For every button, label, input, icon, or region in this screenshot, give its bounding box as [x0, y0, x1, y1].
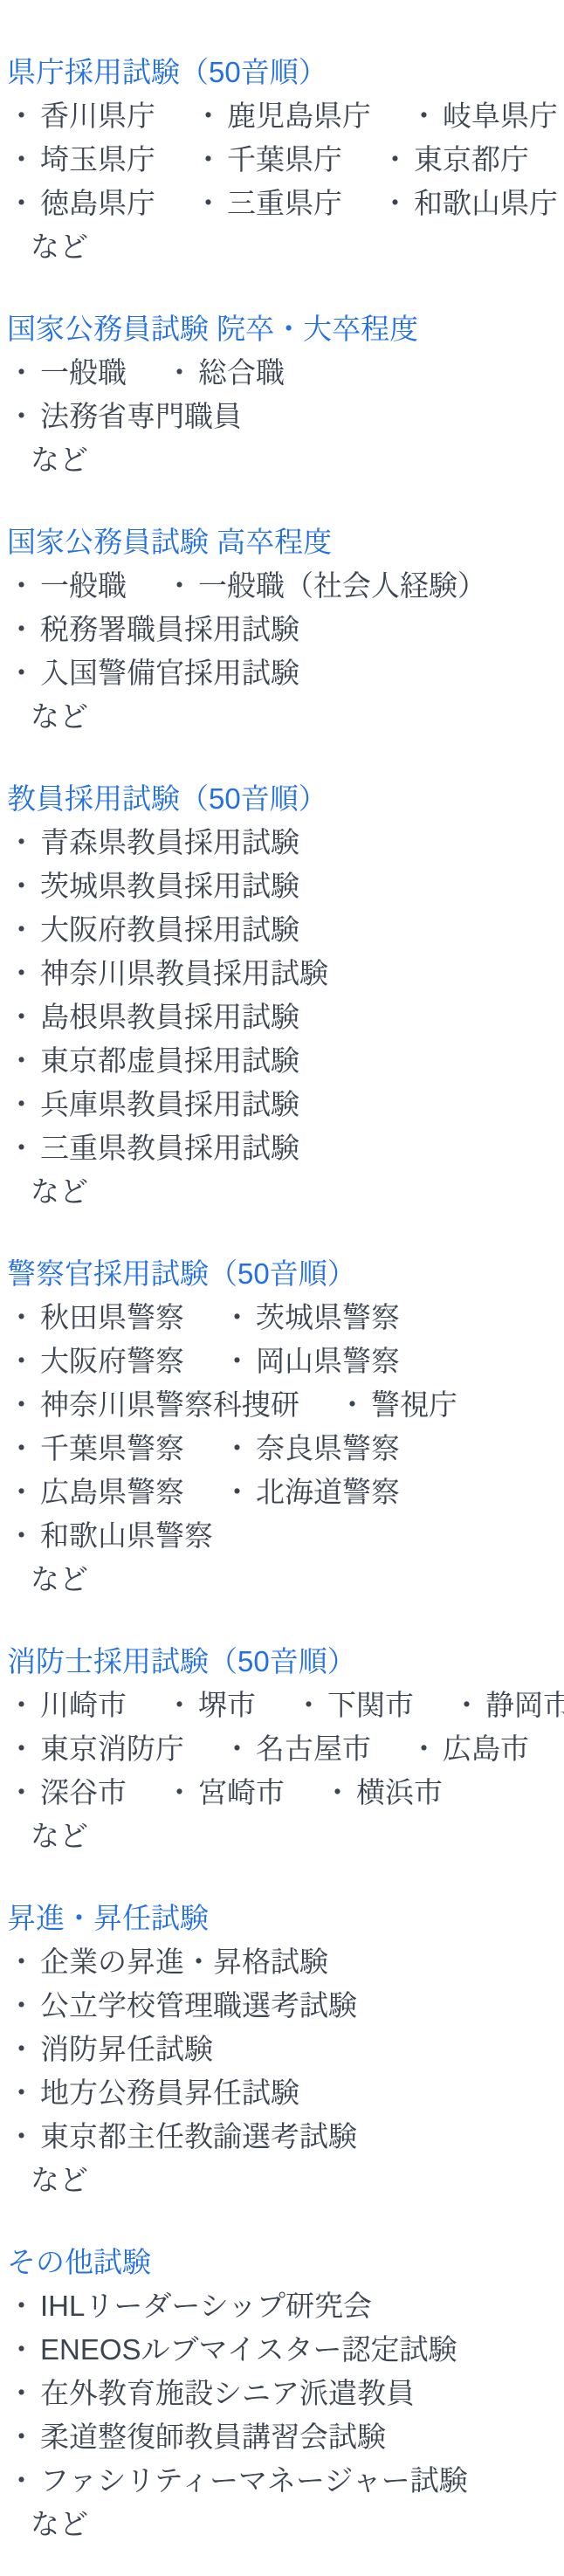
- list-item-label: 茨城県教員採用試験: [40, 864, 299, 908]
- bullet-icon: ・: [7, 864, 36, 908]
- list-item: ・東京都主任教諭選考試験: [7, 2115, 357, 2159]
- bullet-icon: ・: [7, 2115, 36, 2159]
- bullet-icon: ・: [7, 564, 36, 608]
- list-item-label: 埼玉県庁: [40, 138, 155, 182]
- list-item-label: 一般職: [40, 564, 127, 608]
- list-row: ・東京消防庁 ・名古屋市 ・広島市: [7, 1727, 557, 1771]
- list-row: ・徳島県庁 ・三重県庁 ・和歌山県庁: [7, 182, 557, 225]
- list-row: ・一般職 ・一般職（社会人経験）: [7, 564, 557, 608]
- list-item-label: 三重県教員採用試験: [40, 1126, 299, 1170]
- list-item-label: ENEOSルブマイスター認定試験: [40, 2328, 457, 2372]
- list-item: ・神奈川県教員採用試験: [7, 952, 328, 995]
- list-item: ・和歌山県警察: [7, 1514, 213, 1558]
- section-title: 県庁採用試験（50音順）: [7, 51, 557, 94]
- bullet-icon: ・: [7, 1771, 36, 1815]
- list-row: ・一般職 ・総合職: [7, 351, 557, 395]
- bullet-icon: ・: [409, 94, 438, 138]
- list-item: ・千葉県警察: [7, 1427, 184, 1471]
- bullet-icon: ・: [7, 1427, 36, 1471]
- list-item: ・入国警備官採用試験: [7, 651, 299, 695]
- bullet-icon: ・: [7, 608, 36, 651]
- list-item: ・柔道整復師教員講習会試験: [7, 2415, 386, 2459]
- list-item-label: 広島市: [443, 1727, 529, 1771]
- list-row: ・川崎市 ・堺市 ・下関市 ・静岡市: [7, 1684, 557, 1727]
- etc-label: など: [31, 225, 557, 269]
- etc-label: など: [31, 1558, 557, 1601]
- bullet-icon: ・: [7, 1514, 36, 1558]
- list-item: ・川崎市: [7, 1684, 127, 1727]
- list-item: ・秋田県警察: [7, 1296, 184, 1340]
- list-row: ・千葉県警察 ・奈良県警察: [7, 1427, 557, 1471]
- bullet-icon: ・: [223, 1427, 251, 1471]
- section-title: 昇進・昇任試験: [7, 1897, 557, 1940]
- bullet-icon: ・: [7, 395, 36, 438]
- list-item: ・徳島県庁: [7, 182, 155, 225]
- list-item: ・大阪府教員採用試験: [7, 908, 299, 952]
- list-row: ・茨城県教員採用試験: [7, 864, 557, 908]
- list-row: ・大阪府警察 ・岡山県警察: [7, 1340, 557, 1383]
- list-item: ・消防昇任試験: [7, 2028, 213, 2071]
- list-row: ・柔道整復師教員講習会試験: [7, 2415, 557, 2459]
- list-item-label: 柔道整復師教員講習会試験: [40, 2415, 386, 2459]
- list-item-label: 入国警備官採用試験: [40, 651, 299, 695]
- list-row: ・IHLリーダーシップ研究会: [7, 2284, 557, 2328]
- list-item-label: 地方公務員昇任試験: [40, 2071, 299, 2115]
- list-item: ・岡山県警察: [223, 1340, 400, 1383]
- bullet-icon: ・: [7, 2372, 36, 2415]
- bullet-icon: ・: [165, 1771, 194, 1815]
- list-item: ・青森県教員採用試験: [7, 821, 299, 864]
- bullet-icon: ・: [7, 1039, 36, 1083]
- list-row: ・和歌山県警察: [7, 1514, 557, 1558]
- list-row: ・香川県庁 ・鹿児島県庁 ・岐阜県庁: [7, 94, 557, 138]
- list-row: ・ENEOSルブマイスター認定試験: [7, 2328, 557, 2372]
- section-other-exams: その他試験 ・IHLリーダーシップ研究会 ・ENEOSルブマイスター認定試験 ・…: [7, 2241, 557, 2546]
- list-item-label: 兵庫県教員採用試験: [40, 1083, 299, 1126]
- list-item-label: 深谷市: [40, 1771, 127, 1815]
- list-item-label: 東京都庁: [414, 138, 529, 182]
- bullet-icon: ・: [194, 94, 223, 138]
- list-item-label: 神奈川県教員採用試験: [40, 952, 328, 995]
- list-item: ・一般職（社会人経験）: [165, 564, 486, 608]
- bullet-icon: ・: [165, 1684, 194, 1727]
- list-item-label: 東京消防庁: [40, 1727, 184, 1771]
- list-row: ・埼玉県庁 ・千葉県庁 ・東京都庁: [7, 138, 557, 182]
- section-title: 教員採用試験（50音順）: [7, 777, 557, 821]
- list-item: ・総合職: [165, 351, 285, 395]
- list-item: ・広島県警察: [7, 1471, 184, 1514]
- exam-list-page: 県庁採用試験（50音順） ・香川県庁 ・鹿児島県庁 ・岐阜県庁 ・埼玉県庁 ・千…: [7, 51, 557, 2546]
- bullet-icon: ・: [194, 138, 223, 182]
- list-item-label: 島根県教員採用試験: [40, 995, 299, 1039]
- bullet-icon: ・: [381, 138, 409, 182]
- list-item-label: 企業の昇進・昇格試験: [40, 1940, 328, 1984]
- list-row: ・島根県教員採用試験: [7, 995, 557, 1039]
- list-item-label: IHLリーダーシップ研究会: [40, 2284, 372, 2328]
- list-item: ・下関市: [294, 1684, 414, 1727]
- list-item-label: 東京都主任教諭選考試験: [40, 2115, 357, 2159]
- list-item: ・奈良県警察: [223, 1427, 400, 1471]
- bullet-icon: ・: [7, 182, 36, 225]
- list-item: ・埼玉県庁: [7, 138, 155, 182]
- section-national-exams-highschool: 国家公務員試験 高卒程度 ・一般職 ・一般職（社会人経験） ・税務署職員採用試験…: [7, 520, 557, 739]
- bullet-icon: ・: [7, 1340, 36, 1383]
- bullet-icon: ・: [7, 995, 36, 1039]
- list-item: ・地方公務員昇任試験: [7, 2071, 299, 2115]
- bullet-icon: ・: [223, 1296, 251, 1340]
- list-item: ・茨城県警察: [223, 1296, 400, 1340]
- list-item-label: 千葉県警察: [40, 1427, 184, 1471]
- list-item-label: 香川県庁: [40, 94, 155, 138]
- list-row: ・広島県警察 ・北海道警察: [7, 1471, 557, 1514]
- list-row: ・法務省専門職員: [7, 395, 557, 438]
- list-item-label: 岡山県警察: [256, 1340, 400, 1383]
- list-item: ・東京消防庁: [7, 1727, 184, 1771]
- list-item: ・東京都虚員採用試験: [7, 1039, 299, 1083]
- section-title: 消防士採用試験（50音順）: [7, 1640, 557, 1684]
- list-item-label: 堺市: [198, 1684, 256, 1727]
- list-row: ・大阪府教員採用試験: [7, 908, 557, 952]
- list-item: ・堺市: [165, 1684, 256, 1727]
- bullet-icon: ・: [7, 351, 36, 395]
- list-item-label: 一般職（社会人経験）: [198, 564, 486, 608]
- etc-label: など: [31, 1815, 557, 1858]
- bullet-icon: ・: [7, 1296, 36, 1340]
- etc-label: など: [31, 2503, 557, 2546]
- bullet-icon: ・: [7, 138, 36, 182]
- list-row: ・青森県教員採用試験: [7, 821, 557, 864]
- list-row: ・企業の昇進・昇格試験: [7, 1940, 557, 1984]
- list-row: ・神奈川県教員採用試験: [7, 952, 557, 995]
- bullet-icon: ・: [7, 2071, 36, 2115]
- list-item-label: 徳島県庁: [40, 182, 155, 225]
- bullet-icon: ・: [338, 1383, 367, 1427]
- list-item-label: 青森県教員採用試験: [40, 821, 299, 864]
- list-item-label: 総合職: [198, 351, 285, 395]
- section-teacher-exams: 教員採用試験（50音順） ・青森県教員採用試験 ・茨城県教員採用試験 ・大阪府教…: [7, 777, 557, 1214]
- bullet-icon: ・: [7, 1940, 36, 1984]
- bullet-icon: ・: [7, 1083, 36, 1126]
- bullet-icon: ・: [194, 182, 223, 225]
- etc-label: など: [31, 695, 557, 739]
- list-item-label: 千葉県庁: [227, 138, 342, 182]
- list-item-label: 東京都虚員採用試験: [40, 1039, 299, 1083]
- list-item-label: 下関市: [327, 1684, 414, 1727]
- list-item: ・茨城県教員採用試験: [7, 864, 299, 908]
- section-title: 警察官採用試験（50音順）: [7, 1252, 557, 1296]
- list-item-label: 名古屋市: [256, 1727, 371, 1771]
- list-item: ・大阪府警察: [7, 1340, 184, 1383]
- list-item-label: 消防昇任試験: [40, 2028, 213, 2071]
- bullet-icon: ・: [294, 1684, 323, 1727]
- section-promotion-exams: 昇進・昇任試験 ・企業の昇進・昇格試験 ・公立学校管理職選考試験 ・消防昇任試験…: [7, 1897, 557, 2202]
- list-row: ・税務署職員採用試験: [7, 608, 557, 651]
- list-row: ・在外教育施設シニア派遣教員: [7, 2372, 557, 2415]
- etc-label: など: [31, 2159, 557, 2202]
- list-item-label: 秋田県警察: [40, 1296, 184, 1340]
- list-item-label: 大阪府警察: [40, 1340, 184, 1383]
- list-item-label: 一般職: [40, 351, 127, 395]
- list-item-label: 宮崎市: [198, 1771, 285, 1815]
- list-item: ・北海道警察: [223, 1471, 400, 1514]
- bullet-icon: ・: [7, 908, 36, 952]
- bullet-icon: ・: [452, 1684, 481, 1727]
- section-police-exams: 警察官採用試験（50音順） ・秋田県警察 ・茨城県警察 ・大阪府警察 ・岡山県警…: [7, 1252, 557, 1601]
- list-item: ・IHLリーダーシップ研究会: [7, 2284, 372, 2328]
- list-item: ・香川県庁: [7, 94, 155, 138]
- etc-label: など: [31, 438, 557, 482]
- list-item-label: 茨城県警察: [256, 1296, 400, 1340]
- list-row: ・兵庫県教員採用試験: [7, 1083, 557, 1126]
- list-item: ・横浜市: [323, 1771, 443, 1815]
- list-row: ・東京都虚員採用試験: [7, 1039, 557, 1083]
- bullet-icon: ・: [165, 564, 194, 608]
- list-item-label: 和歌山県庁: [414, 182, 558, 225]
- list-item: ・岐阜県庁: [409, 94, 558, 138]
- list-item: ・東京都庁: [381, 138, 529, 182]
- list-row: ・東京都主任教諭選考試験: [7, 2115, 557, 2159]
- section-title: その他試験: [7, 2241, 557, 2284]
- bullet-icon: ・: [7, 2328, 36, 2372]
- list-item-label: 神奈川県警察科捜研: [40, 1383, 299, 1427]
- list-item: ・名古屋市: [223, 1727, 371, 1771]
- list-item: ・和歌山県庁: [381, 182, 558, 225]
- bullet-icon: ・: [7, 1984, 36, 2028]
- list-item-label: ファシリティーマネージャー試験: [40, 2459, 468, 2503]
- list-row: ・公立学校管理職選考試験: [7, 1984, 557, 2028]
- list-item-label: 広島県警察: [40, 1471, 184, 1514]
- list-item-label: 法務省専門職員: [40, 395, 242, 438]
- list-row: ・神奈川県警察科捜研 ・警視庁: [7, 1383, 557, 1427]
- list-item-label: 警視庁: [371, 1383, 457, 1427]
- list-item-label: 奈良県警察: [256, 1427, 400, 1471]
- section-firefighter-exams: 消防士採用試験（50音順） ・川崎市 ・堺市 ・下関市 ・静岡市 ・東京消防庁 …: [7, 1640, 557, 1858]
- list-item: ・三重県教員採用試験: [7, 1126, 299, 1170]
- etc-label: など: [31, 1170, 557, 1214]
- bullet-icon: ・: [7, 1383, 36, 1427]
- list-row: ・消防昇任試験: [7, 2028, 557, 2071]
- bullet-icon: ・: [7, 2459, 36, 2503]
- section-prefectural-office-exams: 県庁採用試験（50音順） ・香川県庁 ・鹿児島県庁 ・岐阜県庁 ・埼玉県庁 ・千…: [7, 51, 557, 269]
- list-item-label: 静岡市: [485, 1684, 564, 1727]
- bullet-icon: ・: [7, 651, 36, 695]
- bullet-icon: ・: [7, 94, 36, 138]
- list-row: ・秋田県警察 ・茨城県警察: [7, 1296, 557, 1340]
- bullet-icon: ・: [409, 1727, 438, 1771]
- bullet-icon: ・: [7, 1727, 36, 1771]
- bullet-icon: ・: [7, 2284, 36, 2328]
- bullet-icon: ・: [7, 1684, 36, 1727]
- bullet-icon: ・: [7, 2028, 36, 2071]
- section-title: 国家公務員試験 院卒・大卒程度: [7, 307, 557, 351]
- bullet-icon: ・: [7, 2415, 36, 2459]
- bullet-icon: ・: [223, 1471, 251, 1514]
- list-item: ・ファシリティーマネージャー試験: [7, 2459, 468, 2503]
- bullet-icon: ・: [7, 952, 36, 995]
- list-row: ・深谷市 ・宮崎市 ・横浜市: [7, 1771, 557, 1815]
- list-item-label: 川崎市: [40, 1684, 127, 1727]
- list-item-label: 岐阜県庁: [443, 94, 558, 138]
- list-item: ・広島市: [409, 1727, 529, 1771]
- bullet-icon: ・: [7, 821, 36, 864]
- list-item-label: 税務署職員採用試験: [40, 608, 299, 651]
- list-item: ・警視庁: [338, 1383, 457, 1427]
- list-item: ・公立学校管理職選考試験: [7, 1984, 357, 2028]
- list-item: ・一般職: [7, 351, 127, 395]
- bullet-icon: ・: [165, 351, 194, 395]
- list-item-label: 北海道警察: [256, 1471, 400, 1514]
- bullet-icon: ・: [7, 1126, 36, 1170]
- bullet-icon: ・: [323, 1771, 352, 1815]
- list-item-label: 横浜市: [356, 1771, 443, 1815]
- list-row: ・三重県教員採用試験: [7, 1126, 557, 1170]
- list-item: ・宮崎市: [165, 1771, 285, 1815]
- list-item: ・島根県教員採用試験: [7, 995, 299, 1039]
- list-item: ・一般職: [7, 564, 127, 608]
- list-item-label: 公立学校管理職選考試験: [40, 1984, 357, 2028]
- section-national-exams-graduate: 国家公務員試験 院卒・大卒程度 ・一般職 ・総合職 ・法務省専門職員 など: [7, 307, 557, 482]
- list-item: ・企業の昇進・昇格試験: [7, 1940, 328, 1984]
- list-item-label: 大阪府教員採用試験: [40, 908, 299, 952]
- bullet-icon: ・: [223, 1340, 251, 1383]
- bullet-icon: ・: [381, 182, 409, 225]
- section-title: 国家公務員試験 高卒程度: [7, 520, 557, 564]
- list-item: ・千葉県庁: [194, 138, 342, 182]
- list-item-label: 和歌山県警察: [40, 1514, 213, 1558]
- list-item: ・鹿児島県庁: [194, 94, 371, 138]
- list-row: ・ファシリティーマネージャー試験: [7, 2459, 557, 2503]
- list-item-label: 三重県庁: [227, 182, 342, 225]
- list-item: ・ENEOSルブマイスター認定試験: [7, 2328, 457, 2372]
- list-item: ・静岡市: [452, 1684, 564, 1727]
- list-item-label: 鹿児島県庁: [227, 94, 371, 138]
- list-row: ・入国警備官採用試験: [7, 651, 557, 695]
- list-item: ・神奈川県警察科捜研: [7, 1383, 299, 1427]
- bullet-icon: ・: [223, 1727, 251, 1771]
- bullet-icon: ・: [7, 1471, 36, 1514]
- list-row: ・地方公務員昇任試験: [7, 2071, 557, 2115]
- list-item: ・深谷市: [7, 1771, 127, 1815]
- list-item: ・在外教育施設シニア派遣教員: [7, 2372, 415, 2415]
- list-item: ・法務省専門職員: [7, 395, 242, 438]
- list-item: ・三重県庁: [194, 182, 342, 225]
- list-item: ・税務署職員採用試験: [7, 608, 299, 651]
- list-item: ・兵庫県教員採用試験: [7, 1083, 299, 1126]
- list-item-label: 在外教育施設シニア派遣教員: [40, 2372, 415, 2415]
